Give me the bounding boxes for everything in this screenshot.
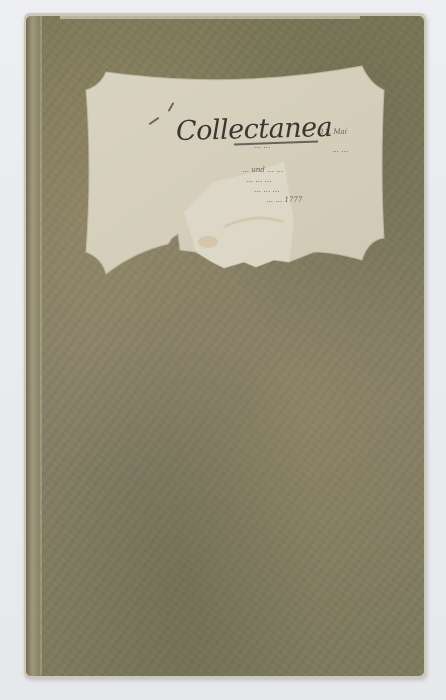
label-note: … und … …: [242, 166, 283, 174]
label-note: … … …: [246, 176, 271, 184]
cover-top-edge: [60, 16, 360, 19]
label-paper-shape: [84, 62, 388, 276]
label-note: … …: [254, 142, 270, 150]
spine-fold-line: [40, 16, 42, 676]
spine-edge: [26, 16, 40, 676]
cover-label: Collectanea 11. Mai … … … … … und … … … …: [84, 62, 388, 276]
label-note: … … …: [254, 186, 279, 194]
label-note: 11. Mai: [320, 128, 347, 136]
label-note: … … 1777: [266, 196, 302, 204]
label-note: … …: [332, 146, 348, 154]
photo-stage: Collectanea 11. Mai … … … … … und … … … …: [0, 0, 446, 700]
